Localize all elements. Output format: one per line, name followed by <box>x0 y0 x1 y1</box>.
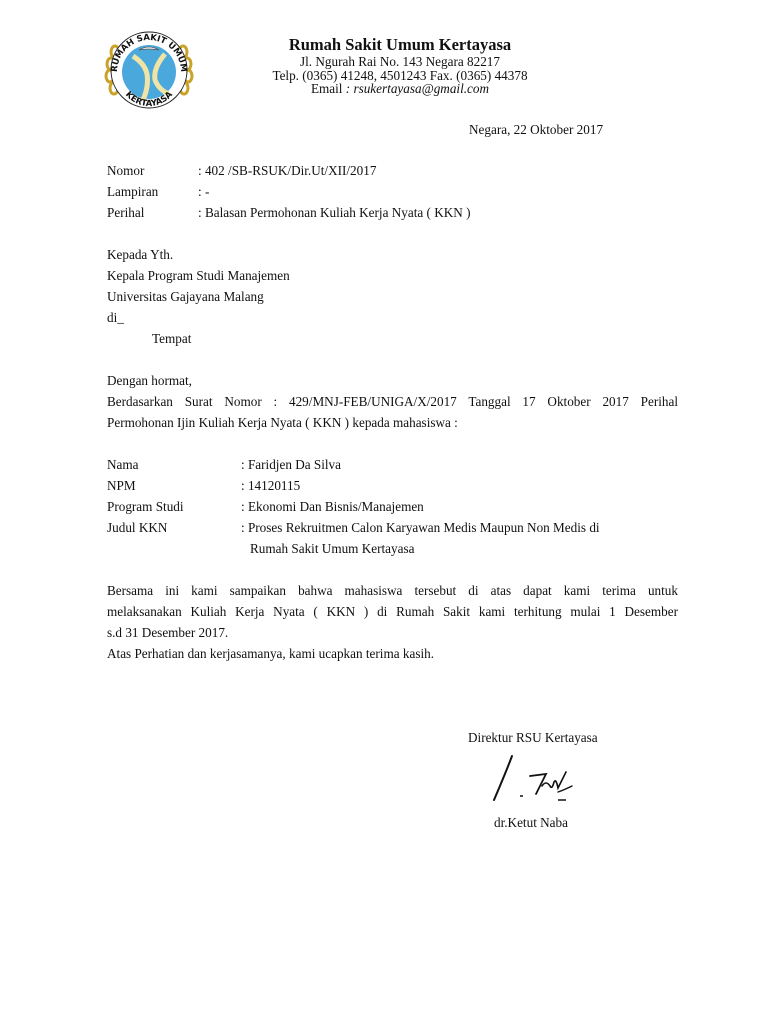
meta-label-lampiran: Lampiran <box>107 184 158 200</box>
meta-value-nomor: : 402 /SB-RSUK/Dir.Ut/XII/2017 <box>198 163 376 179</box>
meta-label-perihal: Perihal <box>107 205 144 221</box>
email-label: Email <box>311 81 343 96</box>
recipient-title: Kepala Program Studi Manajemen <box>107 268 290 284</box>
meta-label-nomor: Nomor <box>107 163 144 179</box>
email-address[interactable]: rsukertayasa@gmail.com <box>353 81 489 96</box>
hospital-email-line: Email : rsukertayasa@gmail.com <box>240 81 560 97</box>
hospital-name: Rumah Sakit Umum Kertayasa <box>240 35 560 55</box>
signature-icon <box>490 752 580 804</box>
signatory-name: dr.Ketut Naba <box>494 815 568 831</box>
letter-date: Negara, 22 Oktober 2017 <box>469 122 603 138</box>
recipient-institution: Universitas Gajayana Malang <box>107 289 264 305</box>
thanks-line: Atas Perhatian dan kerjasamanya, kami uc… <box>107 646 434 662</box>
student-value-npm: : 14120115 <box>241 478 300 494</box>
intro-line-2: Permohonan Ijin Kuliah Kerja Nyata ( KKN… <box>107 415 458 431</box>
signatory-title: Direktur RSU Kertayasa <box>468 730 598 746</box>
intro-line-1: Berdasarkan Surat Nomor : 429/MNJ-FEB/UN… <box>107 394 678 410</box>
recipient-di: di_ <box>107 310 124 326</box>
meta-value-perihal: : Balasan Permohonan Kuliah Kerja Nyata … <box>198 205 470 221</box>
recipient-place: Tempat <box>152 331 191 347</box>
hospital-logo-icon: RUMAH SAKIT UMUM KERTAYASA <box>103 24 195 116</box>
student-value-prodi: : Ekonomi Dan Bisnis/Manajemen <box>241 499 424 515</box>
greeting: Dengan hormat, <box>107 373 192 389</box>
email-separator: : <box>342 81 353 96</box>
student-label-prodi: Program Studi <box>107 499 184 515</box>
student-label-judul: Judul KKN <box>107 520 167 536</box>
student-value-judul-cont: Rumah Sakit Umum Kertayasa <box>250 541 414 557</box>
recipient-salutation: Kepada Yth. <box>107 247 173 263</box>
closing-line-3: s.d 31 Desember 2017. <box>107 625 228 641</box>
closing-line-1: Bersama ini kami sampaikan bahwa mahasis… <box>107 583 678 599</box>
student-label-npm: NPM <box>107 478 136 494</box>
meta-value-lampiran: : - <box>198 184 209 200</box>
closing-line-2: melaksanakan Kuliah Kerja Nyata ( KKN ) … <box>107 604 678 620</box>
student-value-judul: : Proses Rekruitmen Calon Karyawan Medis… <box>241 520 600 536</box>
student-label-nama: Nama <box>107 457 139 473</box>
student-value-nama: : Faridjen Da Silva <box>241 457 341 473</box>
